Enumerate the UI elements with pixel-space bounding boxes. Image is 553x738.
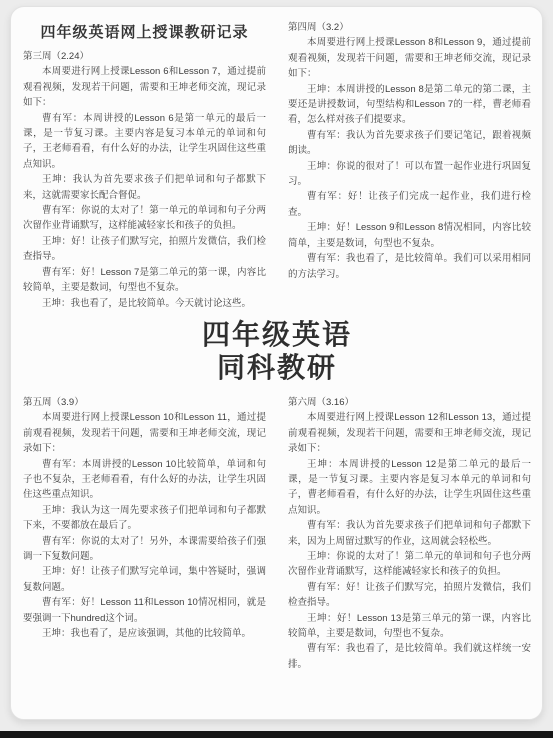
screenshot-root: { "colors": { "background": "#ececec", "… [0, 0, 553, 738]
paragraph: 王坤：好！Lesson 13是第三单元的第一课，内容比较简单，主要是数词，句型也… [288, 611, 531, 642]
paragraph: 曹有军：本周讲授的Lesson 10比较简单，单词和句子也不复杂，王老师看看，有… [23, 457, 266, 503]
paragraph: 王坤：你说的很对了！可以布置一起作业进行巩固复习。 [288, 159, 531, 190]
paragraph: 王坤：好！Lesson 9和Lesson 8情况相同，内容比较简单，主要是数词，… [288, 220, 531, 251]
paragraph: 曹有军：我认为首先要求孩子们把单词和句子都默下来，因为上周留过默写的作业，这周就… [288, 518, 531, 549]
paragraph: 本周要进行网上授课Lesson 8和Lesson 9，通过提前观看视频，发现若干… [288, 35, 531, 81]
bottom-black-bar [0, 731, 553, 738]
page-title: 四年级英语网上授课教研记录 [23, 20, 266, 49]
paragraph: 曹有军：我也看了，是比较简单。我们可以采用相同的方法学习。 [288, 251, 531, 282]
center-title: 四年级英语 同科教研 [23, 311, 531, 395]
paragraph: 王坤：好！让孩子们默写完，拍照片发微信，我们检查指导。 [23, 234, 266, 265]
paragraph: 曹有军：好！让孩子们默写完，拍照片发微信，我们检查指导。 [288, 580, 531, 611]
paragraph: 王坤：我也看了，是比较简单。今天就讨论这些。 [23, 296, 266, 311]
section-week5: 第五周（3.9） 本周要进行网上授课Lesson 10和Lesson 11，通过… [23, 395, 266, 642]
paragraph: 王坤：我也看了，是应该强调，其他的比较简单。 [23, 626, 266, 641]
paragraph: 曹有军：好！Lesson 11和Lesson 10情况相同，就是要强调一下hun… [23, 595, 266, 626]
paragraph: 曹有军：好！让孩子们完成一起作业，我们进行检查。 [288, 189, 531, 220]
section-week4: 第四周（3.2） 本周要进行网上授课Lesson 8和Lesson 9，通过提前… [288, 20, 531, 282]
paragraph: 曹有军：我认为首先要求孩子们要记笔记，跟着视频朗读。 [288, 128, 531, 159]
column-right-top: 第四周（3.2） 本周要进行网上授课Lesson 8和Lesson 9，通过提前… [288, 20, 531, 282]
paragraph: 曹有军：本周讲授的Lesson 6是第一单元的最后一课，是一节复习课。主要内容是… [23, 111, 266, 173]
paragraph: 王坤：本周讲授的Lesson 8是第二单元的第二课，主要还是讲授数词，句型结构和… [288, 82, 531, 128]
section-week3: 第三周（2.24） 本周要进行网上授课Lesson 6和Lesson 7，通过提… [23, 49, 266, 311]
paragraph: 王坤：我认为这一周先要求孩子们把单词和句子都默下来，不要都放在最后了。 [23, 503, 266, 534]
section-paragraphs: 本周要进行网上授课Lesson 12和Lesson 13，通过提前观看视频，发现… [288, 410, 531, 672]
document-card: 四年级英语网上授课教研记录 第三周（2.24） 本周要进行网上授课Lesson … [10, 6, 543, 720]
paragraph: 曹有军：好！Lesson 7是第二单元的第一课，内容比较简单，主要是数词，句型也… [23, 265, 266, 296]
paragraph: 王坤：你说的太对了！第二单元的单词和句子也分两次留作业背诵默写，这样能减轻家长和… [288, 549, 531, 580]
column-left-top: 四年级英语网上授课教研记录 第三周（2.24） 本周要进行网上授课Lesson … [23, 20, 266, 311]
top-columns: 四年级英语网上授课教研记录 第三周（2.24） 本周要进行网上授课Lesson … [23, 20, 531, 311]
section-heading: 第三周（2.24） [23, 49, 266, 64]
paragraph: 曹有军：你说的太对了！另外，本课需要给孩子们强调一下复数问题。 [23, 534, 266, 565]
column-right-bottom: 第六周（3.16） 本周要进行网上授课Lesson 12和Lesson 13，通… [288, 395, 531, 672]
section-week6: 第六周（3.16） 本周要进行网上授课Lesson 12和Lesson 13，通… [288, 395, 531, 672]
paragraph: 王坤：我认为首先要求孩子们把单词和句子都默下来，这就需要家长配合督促。 [23, 172, 266, 203]
paragraph: 王坤：好！让孩子们默写完单词，集中答疑时，强调复数问题。 [23, 564, 266, 595]
center-title-line1: 四年级英语 [23, 318, 531, 351]
column-left-bottom: 第五周（3.9） 本周要进行网上授课Lesson 10和Lesson 11，通过… [23, 395, 266, 642]
section-paragraphs: 本周要进行网上授课Lesson 8和Lesson 9，通过提前观看视频，发现若干… [288, 35, 531, 282]
section-paragraphs: 本周要进行网上授课Lesson 10和Lesson 11，通过提前观看视频，发现… [23, 410, 266, 641]
paragraph: 本周要进行网上授课Lesson 12和Lesson 13，通过提前观看视频，发现… [288, 410, 531, 456]
section-heading: 第四周（3.2） [288, 20, 531, 35]
section-paragraphs: 本周要进行网上授课Lesson 6和Lesson 7，通过提前观看视频，发现若干… [23, 64, 266, 311]
paragraph: 曹有军：我也看了，是比较简单。我们就这样统一安排。 [288, 641, 531, 672]
paragraph: 曹有军：你说的太对了！第一单元的单词和句子分两次留作业背诵默写，这样能减轻家长和… [23, 203, 266, 234]
center-title-line2: 同科教研 [23, 351, 531, 384]
section-heading: 第五周（3.9） [23, 395, 266, 410]
bottom-columns: 第五周（3.9） 本周要进行网上授课Lesson 10和Lesson 11，通过… [23, 395, 531, 672]
paragraph: 王坤：本周讲授的Lesson 12是第二单元的最后一课，是一节复习课。主要内容是… [288, 457, 531, 519]
paragraph: 本周要进行网上授课Lesson 10和Lesson 11，通过提前观看视频，发现… [23, 410, 266, 456]
paragraph: 本周要进行网上授课Lesson 6和Lesson 7，通过提前观看视频，发现若干… [23, 64, 266, 110]
section-heading: 第六周（3.16） [288, 395, 531, 410]
